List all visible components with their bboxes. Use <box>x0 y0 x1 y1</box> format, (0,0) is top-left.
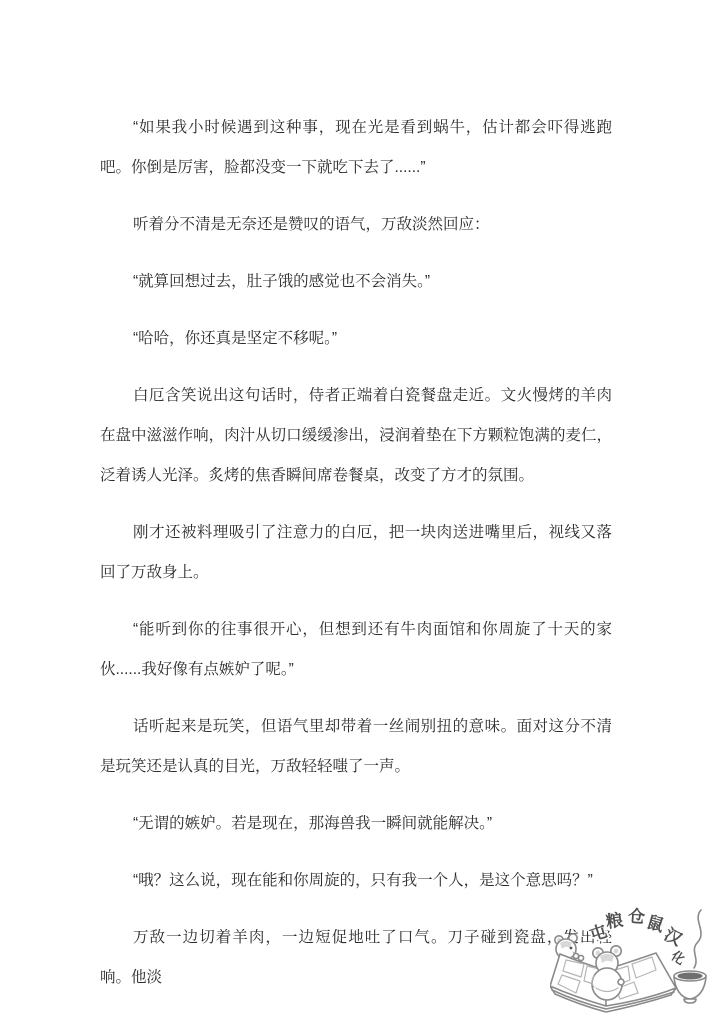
paragraph: “能听到你的往事很开心，但想到还有牛肉面馆和你周旋了十天的家伙......我好像… <box>100 610 612 690</box>
page-text: “如果我小时候遇到这种事，现在光是看到蜗牛，估计都会吓得逃跑吧。你倒是厉害，脸都… <box>100 108 612 1014</box>
steam-icon <box>694 910 701 968</box>
paragraph: 白厄含笑说出这句话时，侍者正端着白瓷餐盘走近。文火慢烤的羊肉在盘中滋滋作响，肉汁… <box>100 376 612 496</box>
paragraph: “如果我小时候遇到这种事，现在光是看到蜗牛，估计都会吓得逃跑吧。你倒是厉害，脸都… <box>100 108 612 188</box>
paragraph: “就算回想过去，肚子饿的感觉也不会消失。” <box>100 262 612 302</box>
paragraph: “哈哈，你还真是坚定不移呢。” <box>100 319 612 359</box>
watermark-illustration: 屯 粮 仓 鼠 汉 化 <box>550 896 720 1014</box>
watermark-char: 汉 <box>661 925 686 950</box>
paragraph: “哦？这么说，现在能和你周旋的，只有我一个人，是这个意思吗？” <box>100 861 612 901</box>
watermark-char: 鼠 <box>645 911 667 935</box>
paragraph: 刚才还被料理吸引了注意力的白厄，把一块肉送进嘴里后，视线又落回了万敌身上。 <box>100 513 612 593</box>
paragraph: 话听起来是玩笑，但语气里却带着一丝闹别扭的意味。面对这分不清是玩笑还是认真的目光… <box>100 707 612 787</box>
watermark-char: 仓 <box>627 906 645 927</box>
paragraph: 听着分不清是无奈还是赞叹的语气，万敌淡然回应： <box>100 205 612 245</box>
watermark-char: 粮 <box>605 910 625 932</box>
paragraph: “无谓的嫉妒。若是现在，那海兽我一瞬间就能解决。” <box>100 804 612 844</box>
paragraph: 万敌一边切着羊肉，一边短促地吐了口气。刀子碰到瓷盘，发出轻响。他淡 <box>100 918 612 998</box>
teacup-icon <box>674 971 706 1003</box>
translation-group-watermark: 屯 粮 仓 鼠 汉 化 <box>550 896 720 1014</box>
watermark-char: 化 <box>668 947 688 967</box>
